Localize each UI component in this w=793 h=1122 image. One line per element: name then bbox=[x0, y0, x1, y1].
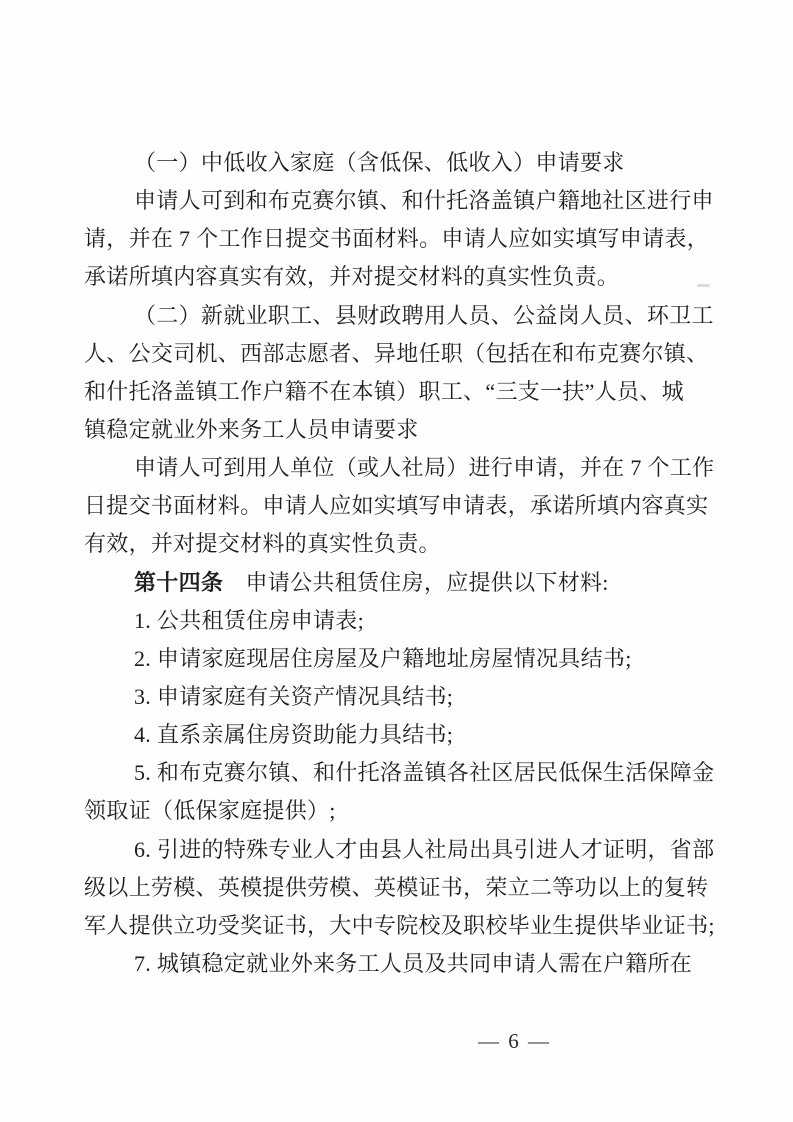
list-item: 3. 申请家庭有关资产情况具结书; bbox=[84, 678, 714, 716]
text-line: 申请人可到和布克赛尔镇、和什托洛盖镇户籍地社区进行申 bbox=[84, 182, 714, 220]
scan-smudge bbox=[697, 284, 710, 287]
list-item: 4. 直系亲属住房资助能力具结书; bbox=[84, 716, 714, 754]
list-item: 5. 和布克赛尔镇、和什托洛盖镇各社区居民低保生活保障金 bbox=[84, 754, 714, 792]
text-line: 人、公交司机、西部志愿者、异地任职（包括在和布克赛尔镇、 bbox=[84, 335, 714, 373]
document-text-block: （一）中低收入家庭（含低保、低收入）申请要求 申请人可到和布克赛尔镇、和什托洛盖… bbox=[84, 144, 714, 983]
text-line: 级以上劳模、英模提供劳模、英模证书，荣立二等功以上的复转 bbox=[84, 869, 714, 907]
text-line: 领取证（低保家庭提供）; bbox=[84, 792, 714, 830]
list-item: 6. 引进的特殊专业人才由县人社局出具引进人才证明，省部 bbox=[84, 831, 714, 869]
text-line: 日提交书面材料。申请人应如实填写申请表，承诺所填内容真实 bbox=[84, 487, 714, 525]
list-item: 2. 申请家庭现居住房屋及户籍地址房屋情况具结书; bbox=[84, 640, 714, 678]
article-line: 第十四条 申请公共租赁住房，应提供以下材料: bbox=[84, 564, 714, 602]
text-line: 承诺所填内容真实有效，并对提交材料的真实性负责。 bbox=[84, 258, 714, 296]
text-line: （二）新就业职工、县财政聘用人员、公益岗人员、环卫工 bbox=[84, 297, 714, 335]
text-line: 申请人可到用人单位（或人社局）进行申请，并在 7 个工作 bbox=[84, 449, 714, 487]
text-line: 镇稳定就业外来务工人员申请要求 bbox=[84, 411, 714, 449]
text-line: 军人提供立功受奖证书，大中专院校及职校毕业生提供毕业证书; bbox=[84, 907, 714, 945]
article-text: 申请公共租赁住房，应提供以下材料: bbox=[223, 570, 609, 595]
text-line: 请，并在 7 个工作日提交书面材料。申请人应如实填写申请表， bbox=[84, 220, 714, 258]
text-line: （一）中低收入家庭（含低保、低收入）申请要求 bbox=[84, 144, 714, 182]
article-number: 第十四条 bbox=[134, 570, 223, 595]
list-item: 7. 城镇稳定就业外来务工人员及共同申请人需在户籍所在 bbox=[84, 945, 714, 983]
text-line: 和什托洛盖镇工作户籍不在本镇）职工、“三支一扶”人员、城 bbox=[84, 373, 714, 411]
document-page: （一）中低收入家庭（含低保、低收入）申请要求 申请人可到和布克赛尔镇、和什托洛盖… bbox=[0, 0, 793, 1122]
text-line: 有效，并对提交材料的真实性负责。 bbox=[84, 525, 714, 563]
list-item: 1. 公共租赁住房申请表; bbox=[84, 602, 714, 640]
page-number: — 6 — bbox=[478, 1029, 551, 1054]
